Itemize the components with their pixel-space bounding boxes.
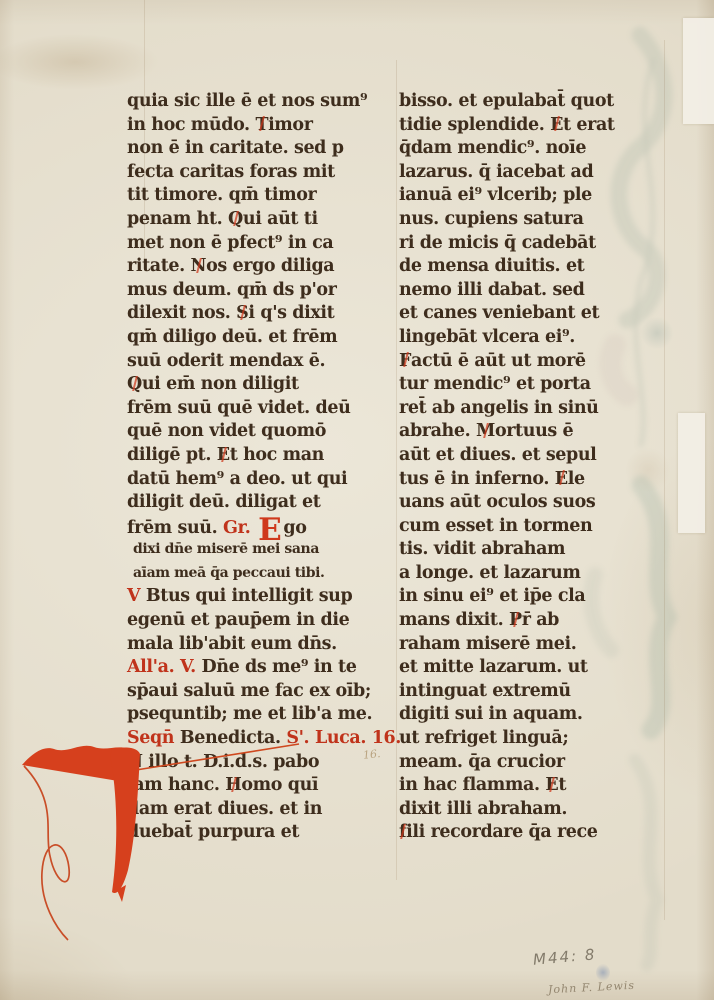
text-line: ianuā ei⁹ vlcerib; ple	[399, 184, 684, 208]
text-segment: S	[236, 303, 248, 323]
text-segment: et canes veniebant et	[399, 303, 599, 323]
text-line: non ē in caritate. sed p	[127, 137, 412, 161]
marginal-note: 16.	[362, 747, 381, 762]
text-segment: suū oderit mendax ē.	[127, 351, 325, 371]
text-line: ut refriget linguā;	[399, 727, 684, 751]
text-segment: non ē in caritate. sed p	[127, 138, 344, 158]
text-segment: E	[217, 445, 230, 465]
text-segment: le	[568, 469, 585, 489]
text-segment: ili recordare q̄a rece	[406, 822, 597, 842]
text-line: in hoc mūdo. Timor	[127, 114, 412, 138]
text-line: dixi dn̄e miserē mei sana	[127, 538, 412, 562]
text-segment: t	[558, 775, 566, 795]
text-line: tur mendic⁹ et porta	[399, 373, 684, 397]
text-line: mans dixit. Pr̄ ab	[399, 609, 684, 633]
text-segment: Q	[228, 209, 243, 229]
text-segment: M	[476, 421, 495, 441]
text-segment: Dn̄e ds me⁹ in te	[201, 657, 356, 677]
text-line: nus. cupiens satura	[399, 208, 684, 232]
text-segment: tis. vidit abraham	[399, 539, 565, 559]
text-segment: in sinu ei⁹ et ip̄e cla	[399, 586, 585, 606]
text-segment: ri de micis q̄ cadebāt	[399, 233, 596, 253]
text-segment: omo quī	[241, 775, 318, 795]
text-segment: t erat	[563, 115, 615, 135]
text-line: egenū et paup̄em in die	[127, 609, 412, 633]
text-line: et canes veniebant et	[399, 302, 684, 326]
text-line: dixit illi abraham.	[399, 798, 684, 822]
text-segment: Benedicta.	[180, 728, 287, 748]
text-line: sp̄aui saluū me fac ex oīb;	[127, 680, 412, 704]
text-column-left: quia sic ille ē et nos sum⁹in hoc mūdo. …	[127, 90, 412, 845]
manuscript-leaf: quia sic ille ē et nos sum⁹in hoc mūdo. …	[0, 0, 714, 1000]
text-segment: H	[225, 775, 241, 795]
text-segment: tidie splendide.	[399, 115, 550, 135]
text-line: uans aūt oculos suos	[399, 491, 684, 515]
text-line: fili recordare q̄a rece	[399, 821, 684, 845]
text-segment: sp̄aui saluū me fac ex oīb;	[127, 681, 371, 701]
text-segment: ret̄ ab angelis in sinū	[399, 398, 598, 418]
text-segment: tur mendic⁹ et porta	[399, 374, 591, 394]
text-segment: diligē pt.	[127, 445, 217, 465]
text-segment: dilexit nos.	[127, 303, 236, 323]
text-line: tus ē in inferno. Ele	[399, 468, 684, 492]
text-segment: E	[550, 115, 563, 135]
text-line: raham miserē mei.	[399, 633, 684, 657]
text-line: All'a. V. Dn̄e ds me⁹ in te	[127, 656, 412, 680]
text-segment: a longe. et lazarum	[399, 563, 580, 583]
text-segment: All'a. V.	[127, 657, 201, 677]
text-segment: digiti sui in aquam.	[399, 704, 583, 724]
text-segment: tus ē in inferno.	[399, 469, 555, 489]
text-line: diligē pt. Et hoc man	[127, 444, 412, 468]
text-line: dam erat diues. et in	[127, 798, 412, 822]
text-segment: diligit deū. diligat et	[127, 492, 320, 512]
text-segment: aīam meā q̄a peccaui tibi.	[133, 565, 325, 581]
text-segment: penam ht.	[127, 209, 228, 229]
text-line: aīam meā q̄a peccaui tibi.	[127, 562, 412, 586]
text-column-right: bisso. et epulabat̄ quottidie splendide.…	[399, 90, 684, 845]
text-line: quia sic ille ē et nos sum⁹	[127, 90, 412, 114]
text-segment: N	[191, 256, 207, 276]
text-segment: P	[509, 610, 522, 630]
text-segment: ui aūt ti	[243, 209, 318, 229]
text-segment: lingebāt vlcera ei⁹.	[399, 327, 575, 347]
text-line: mala lib'abit eum dn̄s.	[127, 633, 412, 657]
text-line: suū oderit mendax ē.	[127, 350, 412, 374]
text-line: met non ē pfect⁹ in ca	[127, 232, 412, 256]
text-line: aūt et diues. et sepul	[399, 444, 684, 468]
text-line: penam ht. Qui aūt ti	[127, 208, 412, 232]
text-line: cum esset in tormen	[399, 515, 684, 539]
text-segment: de mensa diuitis. et	[399, 256, 584, 276]
text-line: mus deum. qm̄ ds p'or	[127, 279, 412, 303]
text-line: Factū ē aūt ut morē	[399, 350, 684, 374]
text-line: tidie splendide. Et erat	[399, 114, 684, 138]
text-segment: dam erat diues. et in	[127, 799, 322, 819]
text-segment: datū hem⁹ a deo. ut qui	[127, 469, 347, 489]
text-line: qm̄ diligo deū. et frēm	[127, 326, 412, 350]
text-line: lam hanc. Homo quī	[127, 774, 412, 798]
text-line: dilexit nos. Si q's dixit	[127, 302, 412, 326]
text-line: in hac flamma. Et	[399, 774, 684, 798]
text-segment: dixit illi abraham.	[399, 799, 567, 819]
text-line: bisso. et epulabat̄ quot	[399, 90, 684, 114]
text-segment: in hoc mūdo.	[127, 115, 255, 135]
text-segment: tit timore. qm̄ timor	[127, 185, 316, 205]
text-segment: quia sic ille ē et nos sum⁹	[127, 91, 367, 111]
text-segment: i q's dixit	[248, 303, 334, 323]
text-line: ritate. Nos ergo diliga	[127, 255, 412, 279]
text-line: tis. vidit abraham	[399, 538, 684, 562]
text-segment: duebat̄ purpura et	[127, 822, 299, 842]
text-line: nemo illi dabat. sed	[399, 279, 684, 303]
text-segment: F	[399, 351, 411, 371]
text-line: Seqn̄ Benedicta. S'. Luca. 16.	[127, 727, 412, 751]
text-segment: q̄dam mendic⁹. noīe	[399, 138, 586, 158]
text-line: q̄dam mendic⁹. noīe	[399, 137, 684, 161]
text-segment: S'. Luca. 16.	[286, 728, 401, 748]
text-segment: met non ē pfect⁹ in ca	[127, 233, 333, 253]
text-line: psequntib; me et lib'a me.	[127, 703, 412, 727]
text-line: V Btus qui intelligit sup	[127, 585, 412, 609]
text-line: quē non videt quomō	[127, 420, 412, 444]
text-line: ret̄ ab angelis in sinū	[399, 397, 684, 421]
text-segment: lam hanc.	[127, 775, 225, 795]
text-line: digiti sui in aquam.	[399, 703, 684, 727]
pencil-shelfmark: M44: 8	[532, 945, 597, 968]
text-line: Qui em̄ non diligit	[127, 373, 412, 397]
text-segment: ianuā ei⁹ vlcerib; ple	[399, 185, 592, 205]
text-line: frēm suū. Gr. Ego	[127, 515, 412, 539]
text-segment: Btus qui intelligit sup	[146, 586, 352, 606]
text-segment: r̄ ab	[522, 610, 559, 630]
text-segment: ortuus ē	[495, 421, 573, 441]
text-segment: Seqn̄	[127, 728, 180, 748]
text-segment: qm̄ diligo deū. et frēm	[127, 327, 337, 347]
text-line: ri de micis q̄ cadebāt	[399, 232, 684, 256]
text-segment: Q	[127, 374, 142, 394]
text-segment: cum esset in tormen	[399, 516, 592, 536]
text-line: frēm suū quē videt. deū	[127, 397, 412, 421]
text-line: tit timore. qm̄ timor	[127, 184, 412, 208]
text-segment: N illo t. D.i.d.s. pabo	[127, 752, 319, 772]
text-segment: T	[255, 115, 268, 135]
text-line: abrahe. Mortuus ē	[399, 420, 684, 444]
stamp-mark	[596, 964, 610, 981]
text-segment: E	[555, 469, 568, 489]
text-segment: imor	[268, 115, 312, 135]
text-segment: go	[283, 518, 306, 538]
text-line: in sinu ei⁹ et ip̄e cla	[399, 585, 684, 609]
text-segment: ut refriget linguā;	[399, 728, 568, 748]
text-segment: lazarus. q̄ iacebat ad	[399, 162, 593, 182]
text-line: duebat̄ purpura et	[127, 821, 412, 845]
text-segment: egenū et paup̄em in die	[127, 610, 349, 630]
text-segment: f	[399, 822, 406, 842]
text-segment: aūt et diues. et sepul	[399, 445, 596, 465]
text-line: lingebāt vlcera ei⁹.	[399, 326, 684, 350]
text-segment: dixi dn̄e miserē mei sana	[133, 541, 319, 557]
text-line: de mensa diuitis. et	[399, 255, 684, 279]
text-segment: actū ē aūt ut morē	[411, 351, 586, 371]
text-segment: intinguat extremū	[399, 681, 571, 701]
text-segment: in hac flamma.	[399, 775, 545, 795]
text-segment: fecta caritas foras mit	[127, 162, 335, 182]
collector-signature: John F. Lewis	[548, 979, 636, 997]
text-line: fecta caritas foras mit	[127, 161, 412, 185]
repair-strip	[683, 18, 714, 124]
text-segment: et mitte lazarum. ut	[399, 657, 588, 677]
text-segment: ritate.	[127, 256, 191, 276]
text-line: meam. q̄a crucior	[399, 751, 684, 775]
text-segment: mala lib'abit eum dn̄s.	[127, 634, 337, 654]
text-line: datū hem⁹ a deo. ut qui	[127, 468, 412, 492]
text-segment: mans dixit.	[399, 610, 509, 630]
text-segment: quē non videt quomō	[127, 421, 326, 441]
text-segment: bisso. et epulabat̄ quot	[399, 91, 614, 111]
text-segment: nus. cupiens satura	[399, 209, 584, 229]
text-segment: abrahe.	[399, 421, 476, 441]
text-segment: frēm suū quē videt. deū	[127, 398, 350, 418]
text-segment: V	[127, 586, 146, 606]
text-segment: nemo illi dabat. sed	[399, 280, 584, 300]
text-segment: uans aūt oculos suos	[399, 492, 595, 512]
text-line: lazarus. q̄ iacebat ad	[399, 161, 684, 185]
text-segment: os ergo diliga	[206, 256, 334, 276]
text-segment: E	[545, 775, 558, 795]
text-segment: ui em̄ non diligit	[142, 374, 299, 394]
text-segment: frēm suū.	[127, 518, 223, 538]
text-segment: mus deum. qm̄ ds p'or	[127, 280, 337, 300]
text-line: et mitte lazarum. ut	[399, 656, 684, 680]
text-segment: Gr.	[223, 518, 256, 538]
text-line: intinguat extremū	[399, 680, 684, 704]
text-segment: t hoc man	[230, 445, 324, 465]
text-segment: meam. q̄a crucior	[399, 752, 565, 772]
text-line: a longe. et lazarum	[399, 562, 684, 586]
text-segment: raham miserē mei.	[399, 634, 576, 654]
text-segment: psequntib; me et lib'a me.	[127, 704, 372, 724]
